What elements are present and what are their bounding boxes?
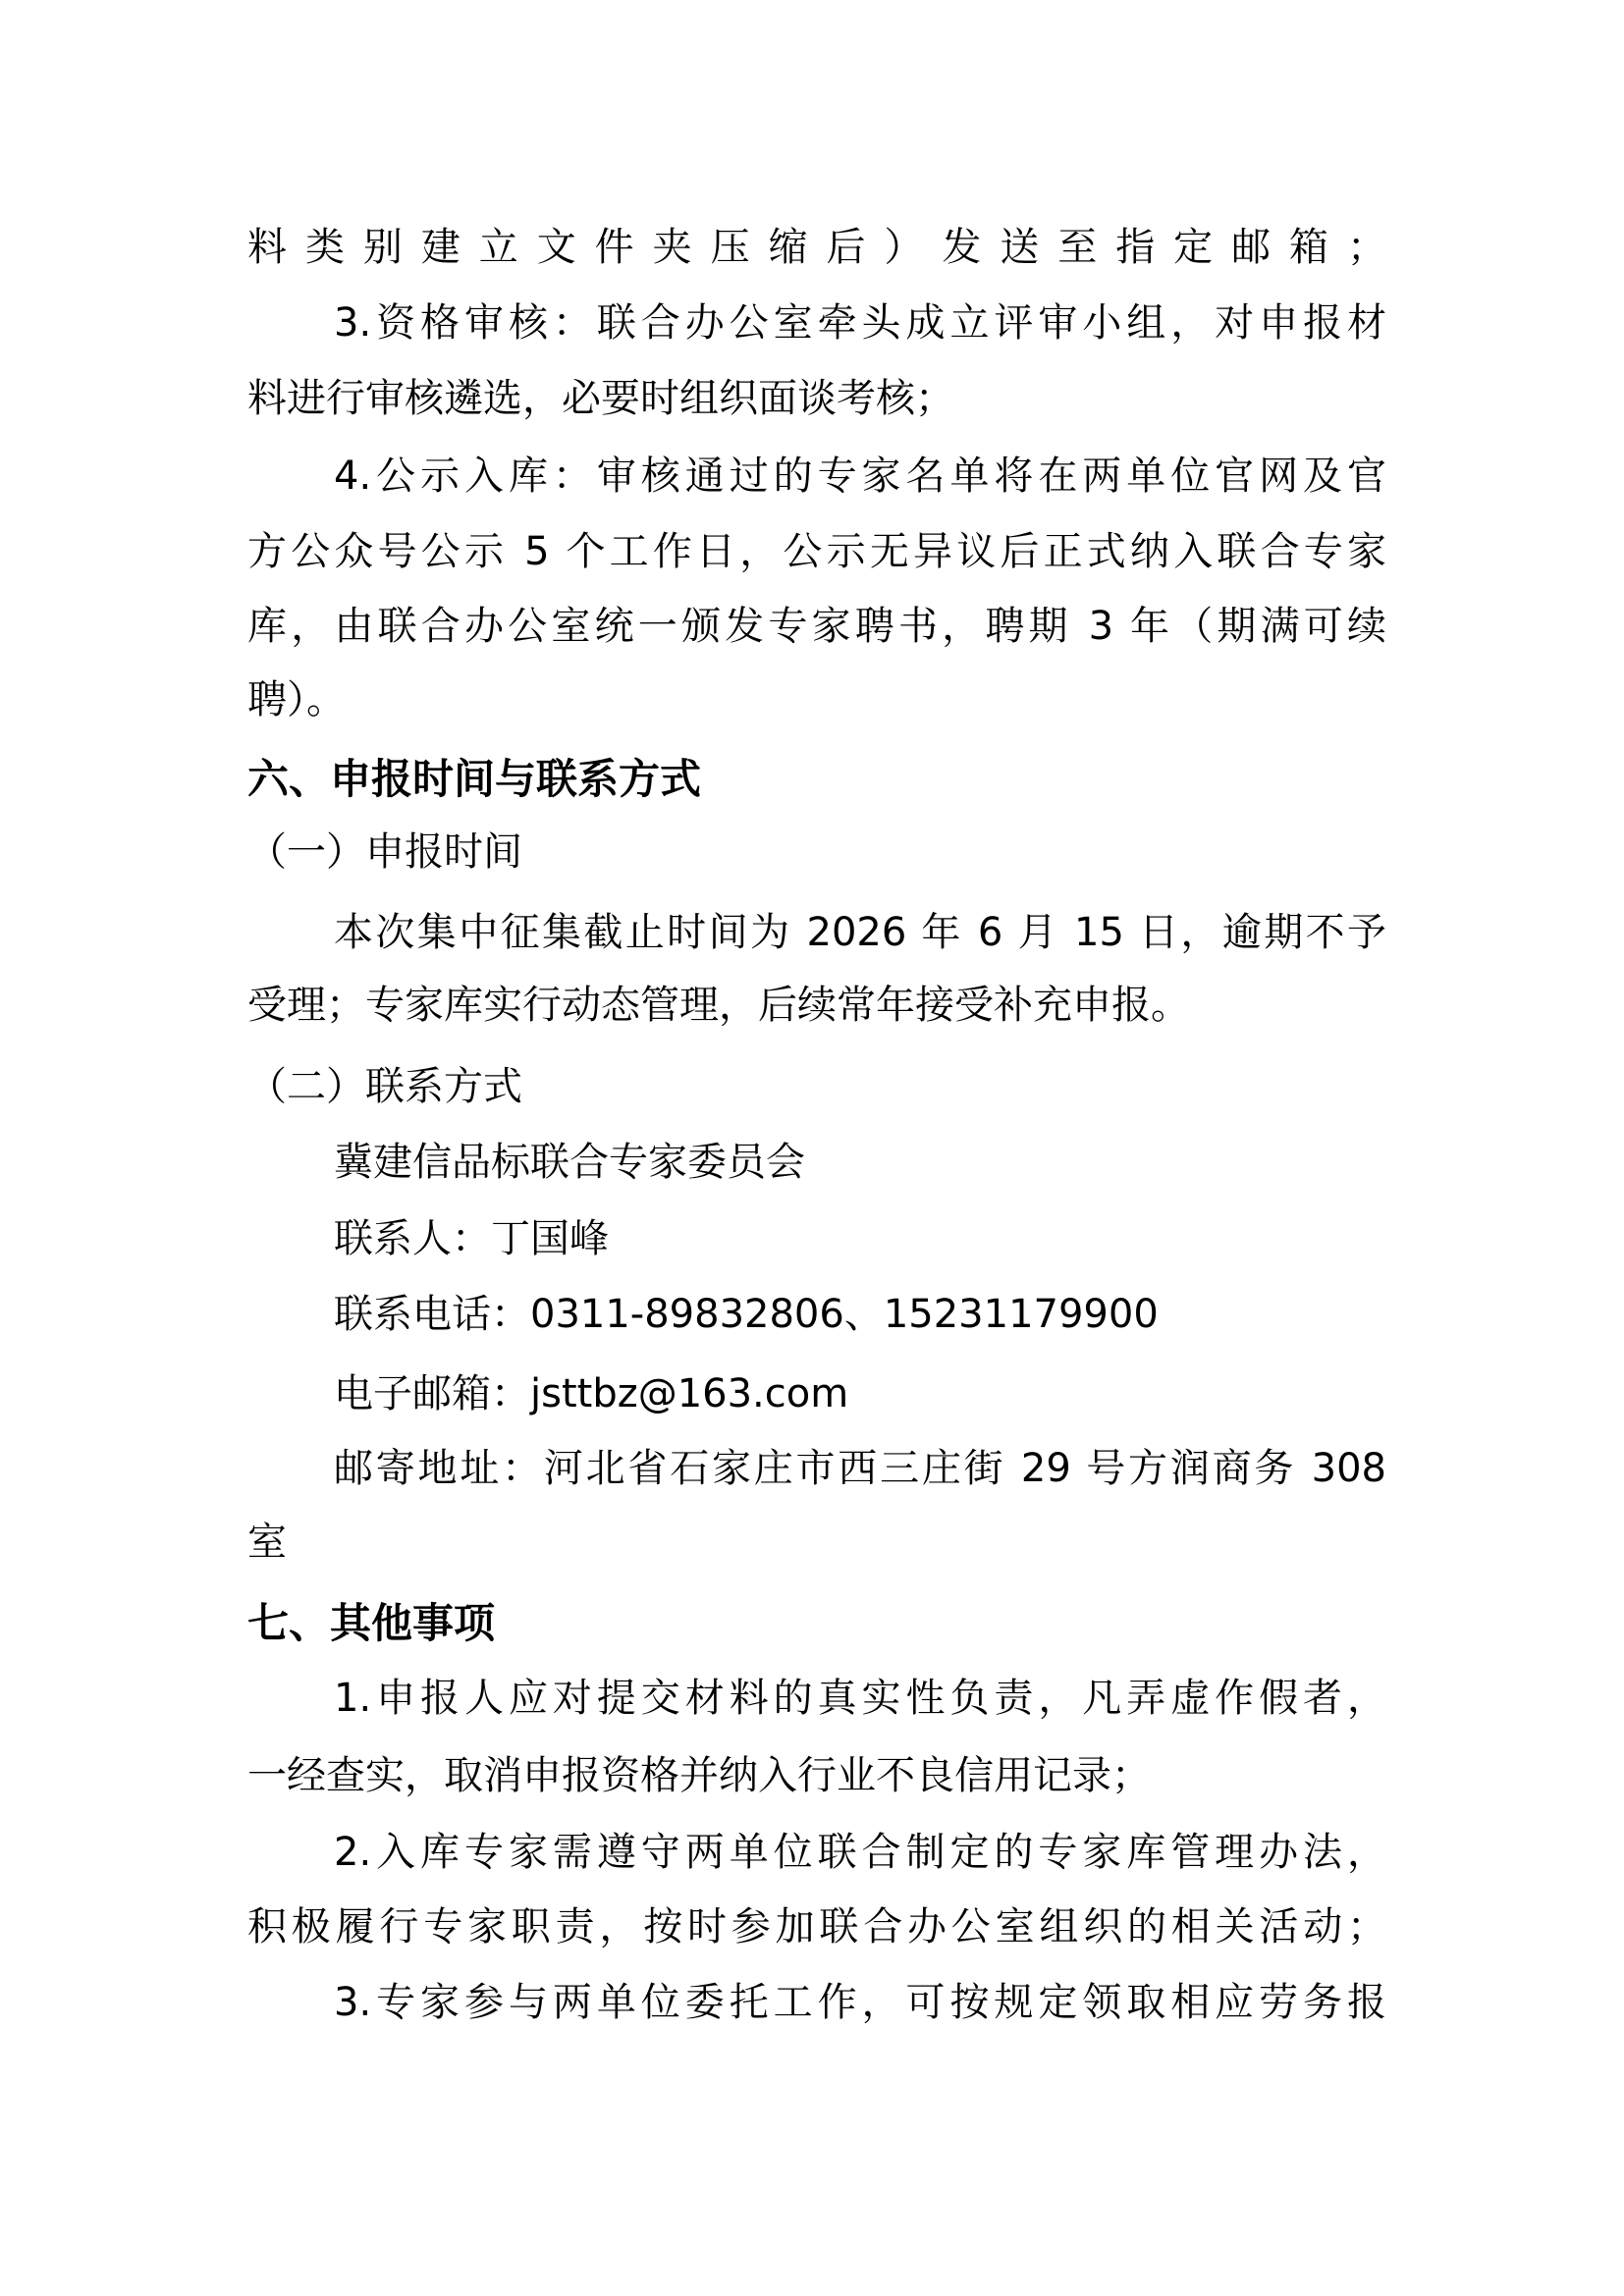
paragraph-line: 一经查实，取消申报资格并纳入行业不良信用记录； <box>247 1750 1386 1801</box>
paragraph-line: 积极履行专家职责，按时参加联合办公室组织的相关活动； <box>247 1901 1386 1952</box>
paragraph-line: 库，由联合办公室统一颁发专家聘书，聘期 3 年（期满可续 <box>247 601 1386 652</box>
paragraph-line: 受理；专家库实行动态管理，后续常年接受补充申报。 <box>247 980 1386 1031</box>
list-item-remuneration: 3.专家参与两单位委托工作，可按规定领取相应劳务报 <box>334 1977 1386 2028</box>
section-heading-6: 六、申报时间与联系方式 <box>247 754 1386 805</box>
subsection-heading-deadline: （一）申报时间 <box>247 827 1386 878</box>
contact-address: 邮寄地址：河北省石家庄市西三庄街 29 号方润商务 308 <box>334 1443 1386 1494</box>
list-item-compliance: 2.入库专家需遵守两单位联合制定的专家库管理办法， <box>334 1827 1386 1878</box>
paragraph-line: 料类别建立文件夹压缩后）发送至指定邮箱； <box>247 222 1386 273</box>
paragraph-line: 方公众号公示 5 个工作日，公示无异议后正式纳入联合专家 <box>247 526 1386 577</box>
contact-address-continued: 室 <box>247 1517 1386 1568</box>
list-item-publicity: 4.公示入库：审核通过的专家名单将在两单位官网及官 <box>334 451 1386 502</box>
contact-person: 联系人：丁国峰 <box>334 1213 1386 1264</box>
list-item-qualification-review: 3.资格审核：联合办公室牵头成立评审小组，对申报材 <box>334 297 1386 348</box>
subsection-heading-contact: （二）联系方式 <box>247 1061 1386 1112</box>
section-heading-7: 七、其他事项 <box>247 1598 1386 1649</box>
list-item-authenticity: 1.申报人应对提交材料的真实性负责，凡弄虚作假者， <box>334 1673 1386 1724</box>
contact-organization: 冀建信品标联合专家委员会 <box>334 1137 1386 1188</box>
document-page: 料类别建立文件夹压缩后）发送至指定邮箱； 3.资格审核：联合办公室牵头成立评审小… <box>0 0 1624 2296</box>
contact-email: 电子邮箱：jsttbz@163.com <box>334 1368 1386 1419</box>
deadline-paragraph: 本次集中征集截止时间为 2026 年 6 月 15 日，逾期不予 <box>334 907 1386 958</box>
contact-phone: 联系电话：0311-89832806、15231179900 <box>334 1289 1386 1340</box>
paragraph-line: 聘）。 <box>247 674 1386 725</box>
paragraph-line: 料进行审核遴选，必要时组织面谈考核； <box>247 373 1386 424</box>
